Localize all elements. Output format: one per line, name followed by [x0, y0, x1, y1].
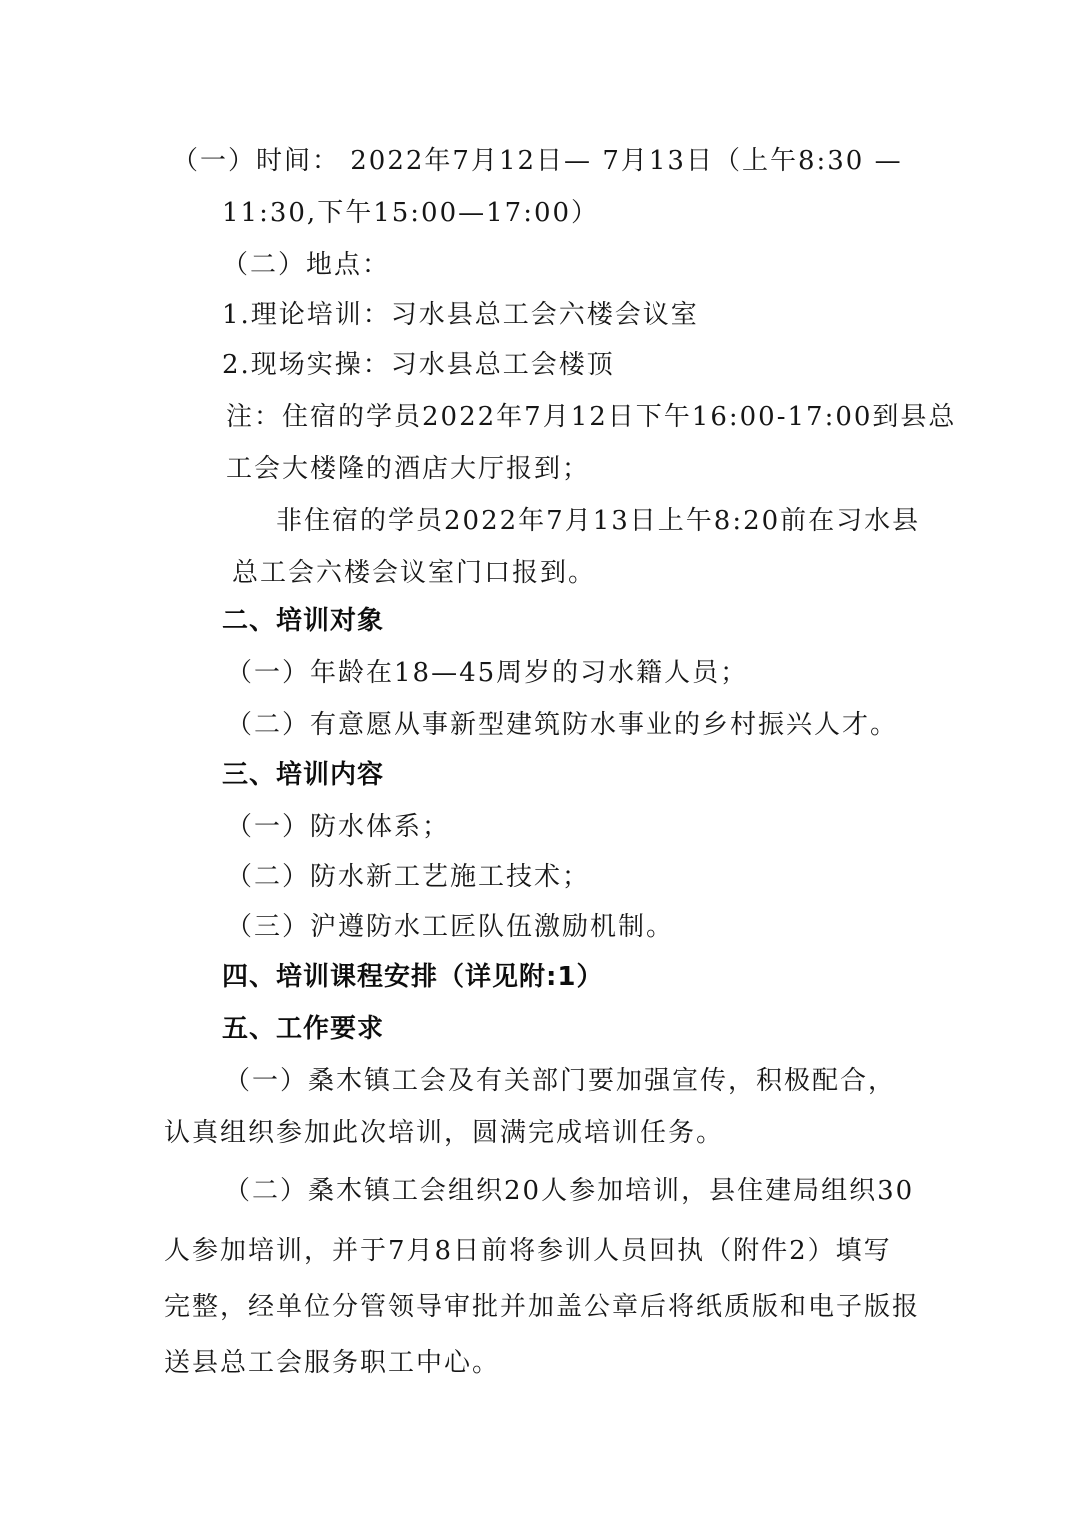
section-two-item-1: （一）年龄在18—45周岁的习水籍人员； [226, 656, 748, 690]
section-five-item-2-line-2: 人参加培训，并于7月8日前将参训人员回执（附件2）填写 [164, 1234, 892, 1268]
time-line-1: （一）时间： 2022年7月12日— 7月13日（上午8:30 — [172, 144, 903, 178]
section-three-item-2: （二）防水新工艺施工技术； [226, 860, 590, 894]
location-label: （二）地点： [222, 248, 390, 282]
section-five-item-2-line-1: （二）桑木镇工会组织20人参加培训，县住建局组织30 [224, 1174, 914, 1208]
section-three-item-3: （三）沪遵防水工匠队伍激励机制。 [226, 910, 674, 944]
note-line-3: 非住宿的学员2022年7月13日上午8:20前在习水县 [276, 504, 920, 538]
section-four-heading: 四、培训课程安排（详见附:1） [222, 960, 604, 994]
section-three-heading: 三、培训内容 [222, 758, 384, 792]
section-five-heading: 五、工作要求 [222, 1012, 384, 1046]
section-two-heading: 二、培训对象 [222, 604, 384, 638]
section-two-item-2: （二）有意愿从事新型建筑防水事业的乡村振兴人才。 [226, 708, 898, 742]
section-five-item-2-line-4: 送县总工会服务职工中心。 [164, 1346, 500, 1380]
document-page: （一）时间： 2022年7月12日— 7月13日（上午8:30 — 11:30,… [0, 0, 1078, 1521]
note-line-4: 总工会六楼会议室门口报到。 [232, 556, 596, 590]
location-item-practice: 2.现场实操：习水县总工会楼顶 [222, 348, 615, 382]
time-line-2: 11:30,下午15:00—17:00） [222, 196, 599, 230]
note-line-1: 注：住宿的学员2022年7月12日下午16:00-17:00到县总 [226, 400, 956, 434]
section-five-item-1-line-2: 认真组织参加此次培训，圆满完成培训任务。 [164, 1116, 724, 1150]
section-three-item-1: （一）防水体系； [226, 810, 450, 844]
location-item-theory: 1.理论培训：习水县总工会六楼会议室 [222, 298, 699, 332]
note-line-2: 工会大楼隆的酒店大厅报到； [226, 452, 590, 486]
section-five-item-2-line-3: 完整，经单位分管领导审批并加盖公章后将纸质版和电子版报 [164, 1290, 920, 1324]
section-five-item-1-line-1: （一）桑木镇工会及有关部门要加强宣传，积极配合， [224, 1064, 896, 1098]
